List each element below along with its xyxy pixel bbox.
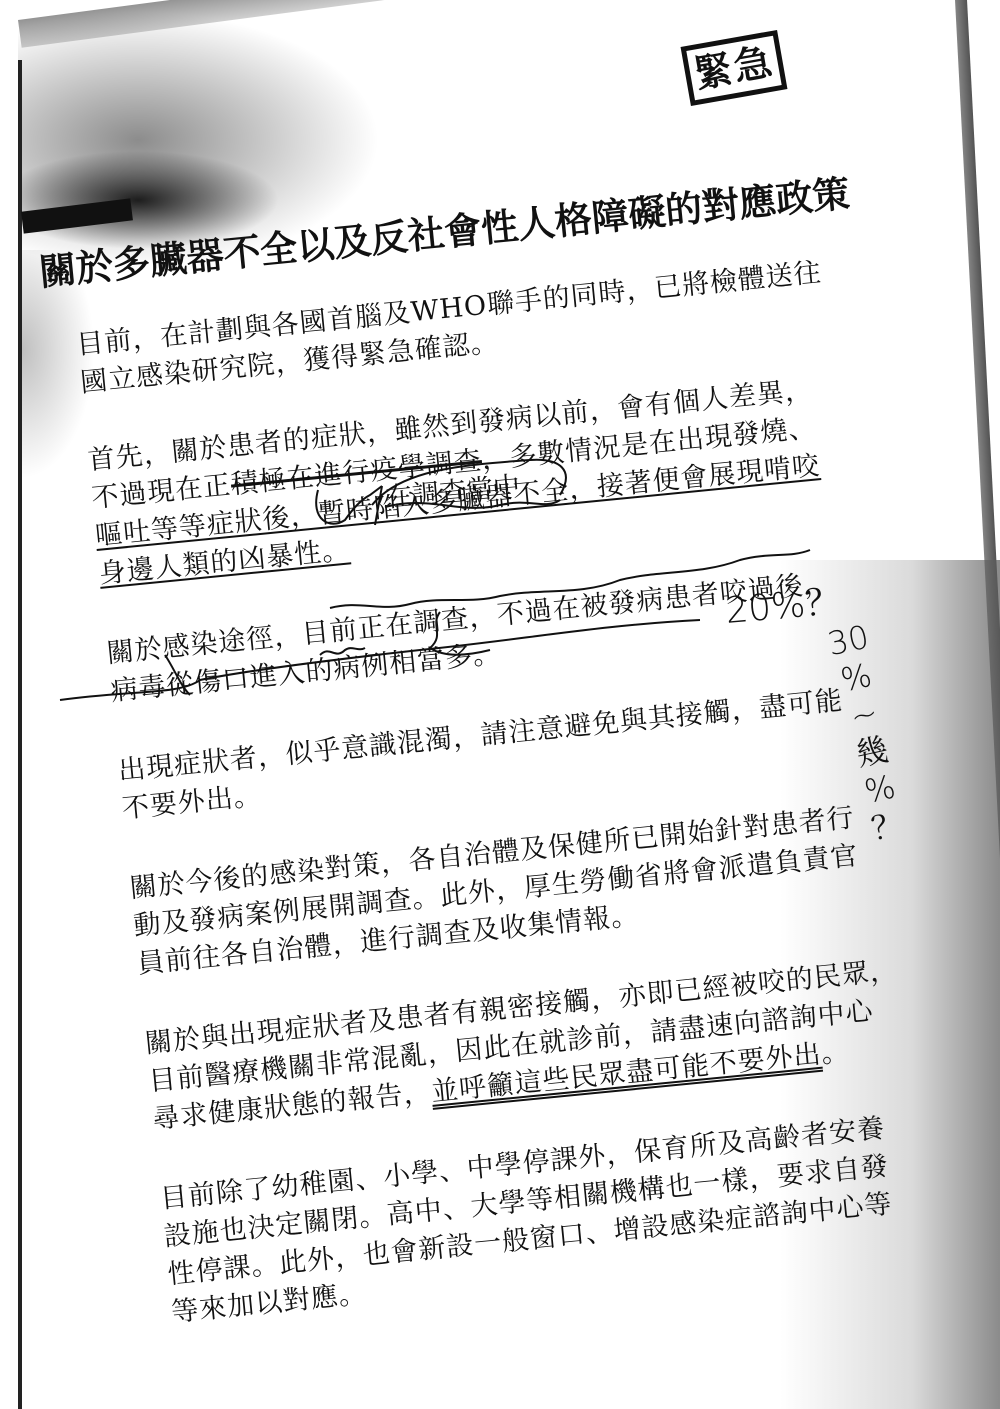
note-char: ？ <box>868 804 907 848</box>
note-char: ~ <box>847 693 881 736</box>
text-segment: 。 <box>820 1036 851 1070</box>
note-char: % <box>861 767 899 810</box>
note-char: % <box>837 656 875 699</box>
